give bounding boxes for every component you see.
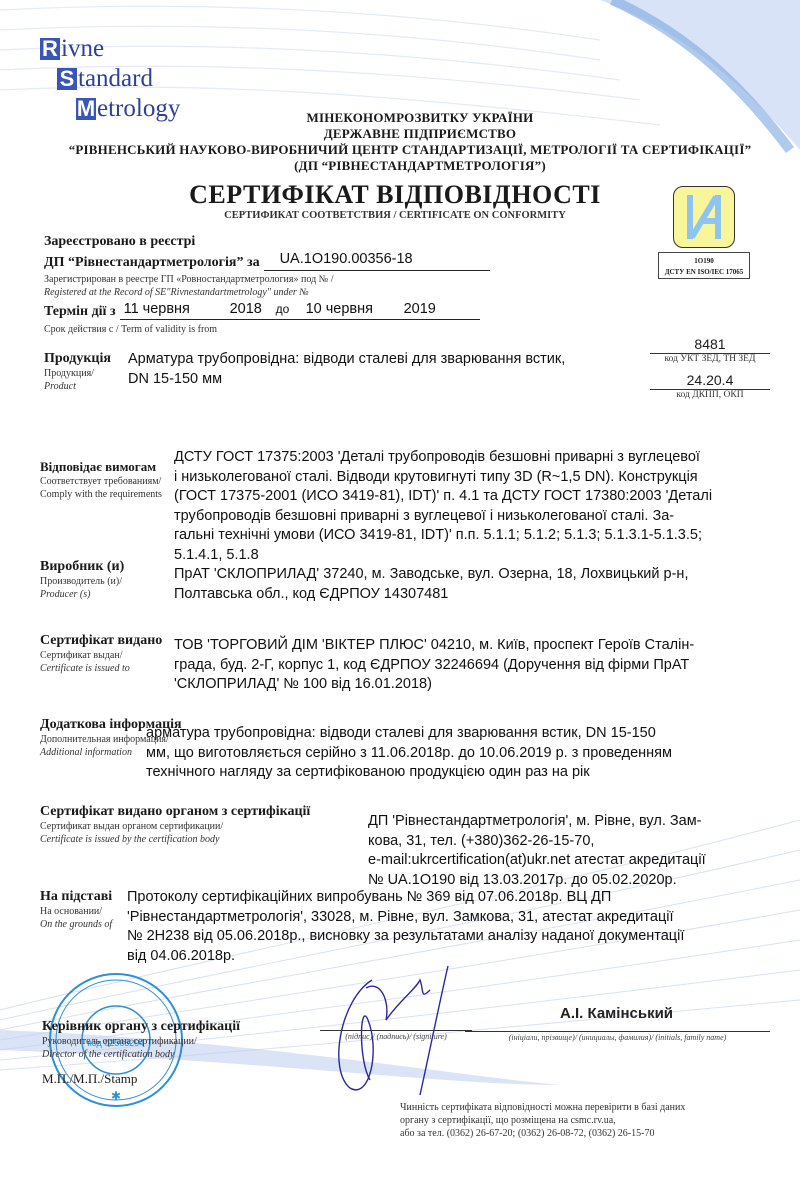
verification-note-line: або за тел. (0362) 26-67-20; (0362) 26-0…	[400, 1127, 685, 1140]
requirements-label: Відповідає вимогам	[40, 458, 162, 475]
issued-to-label-ru: Сертификат выдан/	[40, 649, 162, 662]
issued-to-value: ТОВ 'ТОРГОВИЙ ДІМ 'ВІКТЕР ПЛЮС' 04210, м…	[174, 636, 794, 695]
issued-to-line: ТОВ 'ТОРГОВИЙ ДІМ 'ВІКТЕР ПЛЮС' 04210, м…	[174, 636, 794, 656]
producer-labels: Виробник (и) Производитель (и)/ Producer…	[40, 558, 124, 601]
cert-body-line: ДП 'Рівнестандартметрологія', м. Рівне, …	[368, 812, 788, 832]
validity-label: Термін дії з	[44, 303, 116, 320]
requirements-line: (ГОСТ 17375-2001 (ИСО 3419-81), IDT)' п.…	[174, 487, 794, 507]
name-line	[465, 1031, 770, 1032]
requirements-label-en: Comply with the requirements	[40, 488, 162, 501]
verification-note-line: органу з сертифікації, що розміщена на c…	[400, 1114, 685, 1127]
handwritten-signature-icon	[320, 960, 480, 1100]
grounds-labels: На підставі На основании/ On the grounds…	[40, 888, 112, 931]
head-label-en: Director of the certification body	[42, 1048, 240, 1061]
cert-body-labels: Сертифікат видано органом з сертифікації…	[40, 803, 310, 846]
verification-note: Чинність сертифіката відповідності можна…	[400, 1101, 685, 1140]
cert-body-label-en: Certificate is issued by the certificati…	[40, 833, 310, 846]
registration-label-2: ДП “Рівнестандартметрологія” за	[44, 254, 260, 271]
issued-to-line: града, буд. 2-Г, корпус 1, код ЄДРПОУ 32…	[174, 656, 794, 676]
grounds-line: № 2Н238 від 05.06.2018р., висновку за ре…	[127, 927, 797, 947]
product-labels: Продукція Продукция/ Product	[44, 350, 124, 393]
additional-info-line: мм, що виготовляється серійно з 11.06.20…	[146, 744, 786, 764]
cert-body-value: ДП 'Рівнестандартметрологія', м. Рівне, …	[368, 812, 788, 890]
producer-label-ru: Производитель (и)/	[40, 575, 124, 588]
enterprise-type: ДЕРЖАВНЕ ПІДПРИЄМСТВО	[40, 126, 800, 142]
issued-to-label: Сертифікат видано	[40, 632, 162, 649]
validity-from-date: 11 червня	[124, 300, 230, 320]
registration-label-en: Registered at the Record of SE"Rivnestan…	[44, 286, 490, 299]
logo-initial: R	[40, 38, 60, 60]
signatory-name: А.І. Камінський	[560, 1005, 673, 1022]
validity-to-year: 2019	[404, 300, 436, 320]
additional-info-line: технічного нагляду за сертифікованою про…	[146, 763, 786, 783]
grounds-line: 'Рівнестандартметрологія', 33028, м. Рів…	[127, 908, 797, 928]
logo-line-rivne: Rivne	[40, 34, 180, 64]
grounds-value: Протоколу сертифікаційних випробувань № …	[127, 888, 797, 966]
product-label-en: Product	[44, 380, 124, 393]
org-full-name: “РІВНЕНСЬКИЙ НАУКОВО-ВИРОБНИЧИЙ ЦЕНТР СТ…	[20, 142, 800, 158]
product-codes: 8481 код УКТ ЗЕД, ТН ЗЕД 24.20.4 код ДКП…	[650, 336, 770, 400]
name-caption: (ініціали, прізвище)/ (инициалы, фамилия…	[465, 1033, 770, 1042]
grounds-label-ru: На основании/	[40, 905, 112, 918]
certificate-title: СЕРТИФІКАТ ВІДПОВІДНОСТІ	[0, 180, 790, 210]
product-line: Арматура трубопровідна: відводи сталеві …	[128, 350, 628, 370]
requirements-line: ДСТУ ГОСТ 17375:2003 'Деталі трубопровод…	[174, 448, 794, 468]
grounds-label-en: On the grounds of	[40, 918, 112, 931]
producer-label: Виробник (и)	[40, 558, 124, 575]
certificate-subtitle: СЕРТИФИКАТ СООТВЕТСТВИЯ / CERTIFICATE ON…	[0, 210, 790, 221]
requirements-value: ДСТУ ГОСТ 17375:2003 'Деталі трубопровод…	[174, 448, 794, 565]
registration-section: Зареєстровано в реєстрі ДП “Рівнестандар…	[44, 233, 490, 336]
issued-to-line: 'СКЛОПРИЛАД' № 100 від 16.01.2018)	[174, 675, 794, 695]
requirements-label-ru: Соответствует требованиям/	[40, 475, 162, 488]
producer-line: Полтавська обл., код ЄДРПОУ 14307481	[174, 585, 794, 605]
requirements-line: 5.1.4.1, 5.1.8	[174, 546, 794, 566]
accreditation-box: 1О190 ДСТУ EN ISO/IEC 17065	[658, 252, 750, 279]
head-label-ru: Руководитель органа сертификации/	[42, 1035, 240, 1048]
head-signature-labels: Керівник органу з сертифікації Руководит…	[42, 1018, 240, 1087]
product-line: DN 15-150 мм	[128, 370, 628, 390]
org-short-name: (ДП “РІВНЕСТАНДАРТМЕТРОЛОГІЯ”)	[40, 158, 800, 174]
validity-from-year: 2018	[230, 300, 276, 320]
requirements-line: трубопроводів безшовні приварні з вуглец…	[174, 507, 794, 527]
validity-to-word: до	[276, 300, 306, 320]
additional-info-line: арматура трубопровідна: відводи сталеві …	[146, 724, 786, 744]
additional-info-value: арматура трубопровідна: відводи сталеві …	[146, 724, 786, 783]
validity-to-date: 10 червня	[306, 300, 404, 320]
logo-initial: S	[57, 68, 77, 90]
producer-line: ПрАТ 'СКЛОПРИЛАД' 37240, м. Заводське, в…	[174, 565, 794, 585]
requirements-line: і низьколегованої сталі. Відводи крутови…	[174, 468, 794, 488]
accreditation-number: 1О190	[659, 256, 749, 267]
grounds-label: На підставі	[40, 888, 112, 905]
registration-label-1: Зареєстровано в реєстрі	[44, 233, 490, 250]
product-label: Продукція	[44, 350, 124, 367]
logo-word: ivne	[61, 38, 104, 60]
product-value: Арматура трубопровідна: відводи сталеві …	[128, 350, 628, 389]
product-label-ru: Продукция/	[44, 367, 124, 380]
issued-to-label-en: Certificate is issued to	[40, 662, 162, 675]
cert-body-label-ru: Сертификат выдан органом сертификации/	[40, 820, 310, 833]
verification-note-line: Чинність сертифіката відповідності можна…	[400, 1101, 685, 1114]
code-dkpp-value: 24.20.4	[650, 372, 770, 390]
cert-body-line: кова, 31, тел. (+380)362-26-15-70,	[368, 832, 788, 852]
producer-value: ПрАТ 'СКЛОПРИЛАД' 37240, м. Заводське, в…	[174, 565, 794, 604]
ministry-name: МІНЕКОНОМРОЗВИТКУ УКРАЇНИ	[40, 110, 800, 126]
validity-period: 11 червня 2018 до 10 червня 2019	[120, 300, 480, 321]
svg-text:✱: ✱	[111, 1089, 121, 1103]
logo-word: tandard	[78, 68, 153, 90]
stamp-label: М.П./М.П./Stamp	[42, 1071, 240, 1087]
accreditation-standard: ДСТУ EN ISO/IEC 17065	[659, 267, 749, 278]
code-ukt-zed-label: код УКТ ЗЕД, ТН ЗЕД	[650, 354, 770, 364]
issuer-header: МІНЕКОНОМРОЗВИТКУ УКРАЇНИ ДЕРЖАВНЕ ПІДПР…	[0, 110, 800, 174]
requirements-labels: Відповідає вимогам Соответствует требова…	[40, 458, 162, 501]
issued-to-labels: Сертифікат видано Сертификат выдан/ Cert…	[40, 632, 162, 675]
cert-body-line: e-mail:ukrcertification(at)ukr.net атест…	[368, 851, 788, 871]
validity-label-ru-en: Срок действия с / Term of validity is fr…	[44, 323, 490, 336]
grounds-line: Протоколу сертифікаційних випробувань № …	[127, 888, 797, 908]
code-dkpp-label: код ДКПП, ОКП	[650, 390, 770, 400]
accreditation-mark-icon	[673, 186, 735, 248]
requirements-line: гальні технічні умови (ИСО 3419-81, IDT)…	[174, 526, 794, 546]
cert-body-label: Сертифікат видано органом з сертифікації	[40, 803, 310, 820]
head-label: Керівник органу з сертифікації	[42, 1018, 240, 1035]
registration-number: UA.1О190.00356-18	[264, 250, 490, 271]
code-ukt-zed-value: 8481	[650, 336, 770, 354]
producer-label-en: Producer (s)	[40, 588, 124, 601]
registration-label-ru: Зарегистрирован в реестре ГП «Ровностанд…	[44, 273, 490, 286]
logo-line-standard: Standard	[57, 64, 180, 94]
